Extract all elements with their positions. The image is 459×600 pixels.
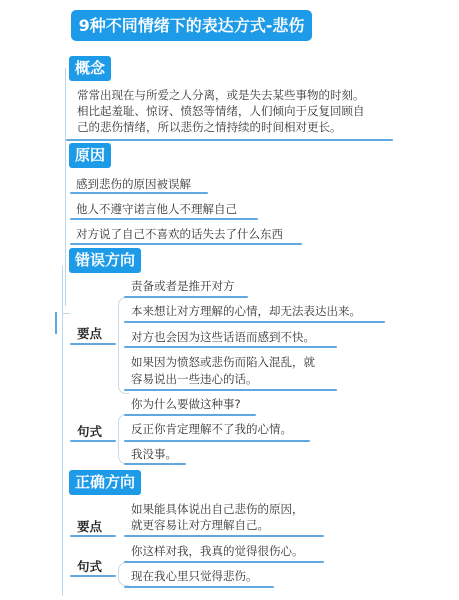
wrong-phrases-brace — [118, 414, 129, 464]
trunk-connector — [65, 68, 66, 306]
wrong-point-2[interactable]: 本来想让对方理解的心情，却无法表达出来。 — [131, 303, 361, 319]
wrong-points-label[interactable]: 要点 — [77, 324, 102, 342]
wrong-phrases-label[interactable]: 句式 — [77, 422, 102, 440]
collapse-handle[interactable] — [55, 312, 57, 334]
wrong-point-underline-4 — [124, 389, 337, 391]
wrong-phrase-underline-3 — [124, 463, 186, 465]
cause-underline-2 — [70, 218, 258, 220]
trunk-connector-lower — [62, 266, 63, 596]
right-phrase-underline-1 — [124, 561, 324, 563]
cause-item-1[interactable]: 感到悲伤的原因被误解 — [76, 176, 191, 192]
wrong-phrase-3[interactable]: 我没事。 — [131, 446, 177, 462]
concept-line-2: 相比起羞耻、惊讶、愤怒等情绪，人们倾向于反复回顾自 — [77, 103, 365, 119]
right-points-underline — [70, 535, 116, 537]
wrong-phrase-2[interactable]: 反正你肯定理解不了我的心情。 — [131, 421, 292, 437]
wrong-point-4b[interactable]: 容易说出一些违心的话。 — [131, 371, 258, 387]
wrong-point-4a[interactable]: 如果因为愤怒或悲伤而陷入混乱，就 — [131, 354, 315, 370]
right-phrase-2[interactable]: 现在我心里只觉得悲伤。 — [131, 568, 258, 584]
node-concept[interactable]: 概念 — [69, 56, 111, 81]
cause-item-3[interactable]: 对方说了自己不喜欢的话失去了什么东西 — [76, 226, 283, 242]
wrong-point-underline-1 — [124, 296, 248, 298]
wrong-point-underline-3 — [124, 346, 337, 348]
right-point-underline-1 — [124, 535, 324, 537]
wrong-phrase-underline-2 — [124, 440, 310, 442]
wrong-branch-connector — [62, 313, 70, 314]
right-phrase-underline-2 — [124, 586, 274, 588]
right-phrases-underline — [70, 575, 116, 577]
node-wrong-direction[interactable]: 错误方向 — [69, 248, 141, 273]
right-points-label[interactable]: 要点 — [77, 517, 102, 535]
cause-underline-1 — [70, 192, 208, 194]
wrong-phrase-underline-1 — [124, 414, 256, 416]
cause-underline-3 — [70, 243, 302, 245]
cause-item-2[interactable]: 他人不遵守诺言他人不理解自己 — [76, 201, 237, 217]
concept-underline — [66, 139, 393, 141]
node-right-direction[interactable]: 正确方向 — [69, 470, 141, 495]
wrong-points-underline — [70, 343, 116, 345]
wrong-point-3[interactable]: 对方也会因为这些话语而感到不快。 — [131, 329, 315, 345]
concept-line-1: 常常出现在与所爱之人分离，或是失去某些事物的时刻。 — [77, 87, 365, 103]
wrong-point-1[interactable]: 责备或者是推开对方 — [131, 278, 235, 294]
wrong-point-underline-2 — [124, 321, 385, 323]
right-phrase-1[interactable]: 你这样对我，我真的觉得很伤心。 — [131, 543, 304, 559]
right-phrases-label[interactable]: 句式 — [77, 557, 102, 575]
right-point-1a[interactable]: 如果能具体说出自己悲伤的原因， — [131, 501, 304, 517]
right-point-1b[interactable]: 就更容易让对方理解自己。 — [131, 517, 269, 533]
concept-line-3: 己的悲伤情绪，所以悲伤之情持续的时间相对更长。 — [77, 119, 342, 135]
right-phrases-brace — [118, 562, 129, 586]
node-cause[interactable]: 原因 — [69, 143, 111, 168]
wrong-phrase-1[interactable]: 你为什么要做这种事? — [131, 396, 241, 412]
wrong-phrases-underline — [70, 440, 116, 442]
mindmap-title[interactable]: 9种不同情绪下的表达方式-悲伤 — [71, 10, 312, 41]
